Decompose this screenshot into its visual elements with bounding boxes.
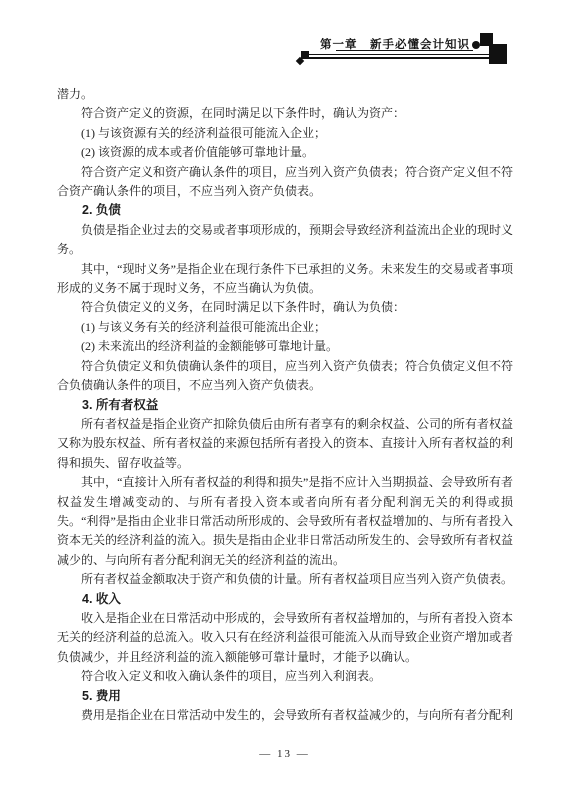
book-page: 第一章 新手必懂会计知识 潜力。符合资产定义的资源，在同时满足以下条件时，确认为… [0, 0, 569, 800]
page-footer: — 13 — [0, 748, 569, 760]
section-heading: 4. 收入 [57, 590, 513, 609]
paragraph: 其中，“现时义务”是指企业在现行条件下已承担的义务。未来发生的交易或者事项形成的… [57, 260, 513, 299]
paragraph: (1) 与该资源有关的经济利益很可能流入企业； [57, 124, 513, 143]
header-underline-rule [336, 50, 473, 51]
paragraph: 所有者权益是指企业资产扣除负债后由所有者享有的剩余权益、公司的所有者权益又称为股… [57, 415, 513, 473]
section-heading: 3. 所有者权益 [57, 396, 513, 415]
paragraph: 负债是指企业过去的交易或者事项形成的，预期会导致经济利益流出企业的现时义务。 [57, 221, 513, 260]
paragraph: 费用是指企业在日常活动中发生的，会导致所有者权益减少的，与向所有者分配利 [57, 706, 513, 725]
paragraph: 符合资产定义的资源，在同时满足以下条件时，确认为资产： [57, 104, 513, 123]
header-double-rule-bottom [308, 57, 498, 59]
paragraph: 所有者权益金额取决于资产和负债的计量。所有者权益项目应当列入资产负债表。 [57, 570, 513, 589]
paragraph: (2) 该资源的成本或者价值能够可靠地计量。 [57, 143, 513, 162]
header-rule-left-marker [301, 51, 309, 59]
header-ornament-large-square-icon [489, 44, 507, 64]
paragraph: (1) 与该义务有关的经济利益很可能流出企业； [57, 318, 513, 337]
paragraph: 符合负债定义和负债确认条件的项目，应当列入资产负债表；符合负债定义但不符合负债确… [57, 357, 513, 396]
paragraph: (2) 未来流出的经济利益的金额能够可靠地计量。 [57, 337, 513, 356]
paragraph: 收入是指企业在日常活动中形成的，会导致所有者权益增加的，与所有者投入资本无关的经… [57, 609, 513, 667]
paragraph: 潜力。 [57, 85, 513, 104]
paragraph: 符合负债定义的义务，在同时满足以下条件时，确认为负债： [57, 298, 513, 317]
header-double-rule-top [308, 54, 498, 56]
header-ornament-dot-icon [472, 41, 480, 49]
section-heading: 5. 费用 [57, 687, 513, 706]
page-content: 潜力。符合资产定义的资源，在同时满足以下条件时，确认为资产：(1) 与该资源有关… [57, 85, 513, 725]
paragraph: 其中，“直接计入所有者权益的利得和损失”是指不应计入当期损益、会导致所有者权益发… [57, 473, 513, 570]
paragraph: 符合资产定义和资产确认条件的项目，应当列入资产负债表；符合资产定义但不符合资产确… [57, 163, 513, 202]
page-number: — 13 — [259, 748, 310, 760]
section-heading: 2. 负债 [57, 201, 513, 220]
paragraph: 符合收入定义和收入确认条件的项目，应当列入利润表。 [57, 667, 513, 686]
